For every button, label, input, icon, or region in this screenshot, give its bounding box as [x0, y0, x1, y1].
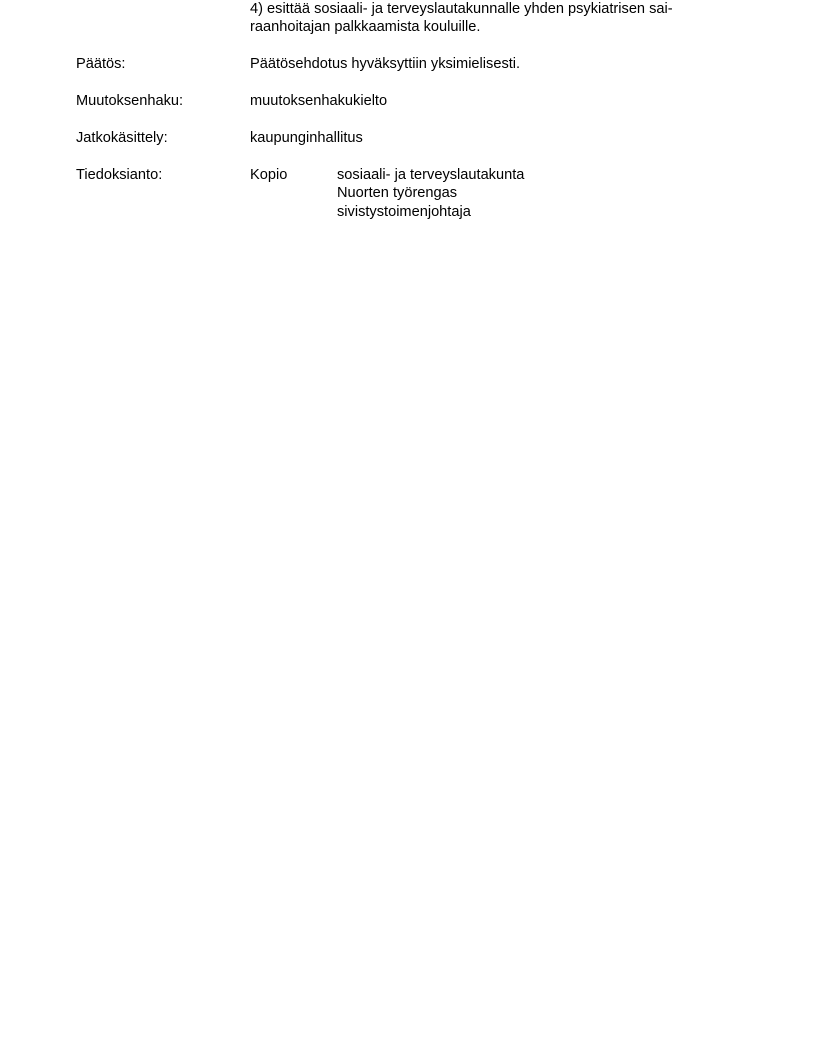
paatos-label: Päätös:: [76, 55, 126, 73]
jatkokasittely-label: Jatkokäsittely:: [76, 129, 168, 147]
tiedoksianto-type: Kopio: [250, 166, 287, 184]
paatos-value: Päätösehdotus hyväksyttiin yksimielisest…: [250, 55, 520, 73]
tiedoksianto-label: Tiedoksianto:: [76, 166, 162, 184]
recipient: sivistystoimenjohtaja: [337, 203, 471, 221]
recipient: Nuorten työrengas: [337, 184, 457, 202]
item-text-line-2: raanhoitajan palkkaamista kouluille.: [250, 18, 480, 36]
recipient: sosiaali- ja terveyslautakunta: [337, 166, 524, 184]
jatkokasittely-value: kaupunginhallitus: [250, 129, 363, 147]
item-text-line-1: 4) esittää sosiaali- ja terveyslautakunn…: [250, 0, 673, 18]
muutoksenhaku-label: Muutoksenhaku:: [76, 92, 183, 110]
muutoksenhaku-value: muutoksenhakukielto: [250, 92, 387, 110]
